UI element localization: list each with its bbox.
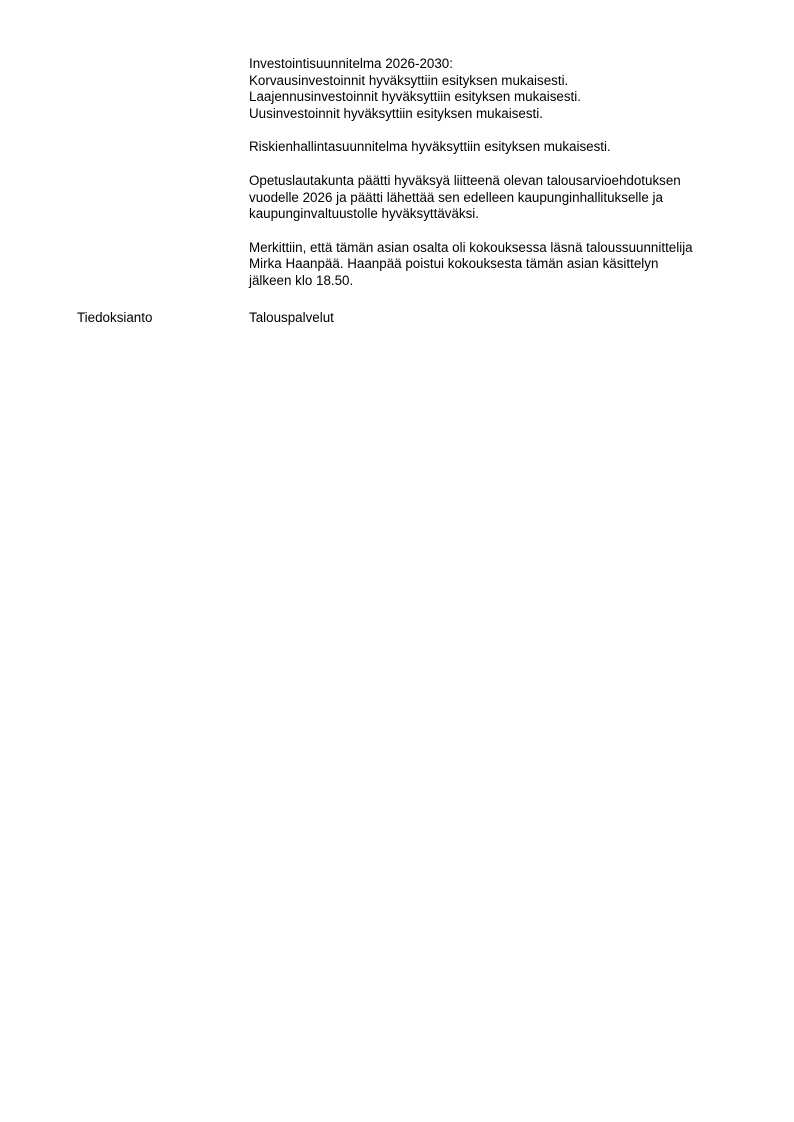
text-line: jälkeen klo 18.50. [249, 273, 769, 290]
text-line: Mirka Haanpää. Haanpää poistui kokoukses… [249, 256, 769, 273]
risk-management-paragraph: Riskienhallintasuunnitelma hyväksyttiin … [249, 139, 769, 156]
text-line: Merkittiin, että tämän asian osalta oli … [249, 240, 769, 257]
text-line: kaupunginvaltuustolle hyväksyttäväksi. [249, 206, 769, 223]
text-line: Uusinvestoinnit hyväksyttiin esityksen m… [249, 106, 769, 123]
distribution-label: Tiedoksianto [77, 310, 152, 327]
attendance-note-paragraph: Merkittiin, että tämän asian osalta oli … [249, 240, 769, 290]
decision-body: Investointisuunnitelma 2026-2030: Korvau… [249, 56, 769, 307]
text-line: vuodelle 2026 ja päätti lähettää sen ede… [249, 190, 769, 207]
investment-plan-paragraph: Investointisuunnitelma 2026-2030: Korvau… [249, 56, 769, 122]
text-line: Opetuslautakunta päätti hyväksyä liittee… [249, 173, 769, 190]
text-line: Korvausinvestoinnit hyväksyttiin esityks… [249, 73, 769, 90]
distribution-value: Talouspalvelut [249, 310, 334, 327]
decision-paragraph: Opetuslautakunta päätti hyväksyä liittee… [249, 173, 769, 223]
text-line: Riskienhallintasuunnitelma hyväksyttiin … [249, 139, 769, 156]
text-line: Investointisuunnitelma 2026-2030: [249, 56, 769, 73]
document-page: Investointisuunnitelma 2026-2030: Korvau… [0, 0, 794, 1122]
text-line: Laajennusinvestoinnit hyväksyttiin esity… [249, 89, 769, 106]
